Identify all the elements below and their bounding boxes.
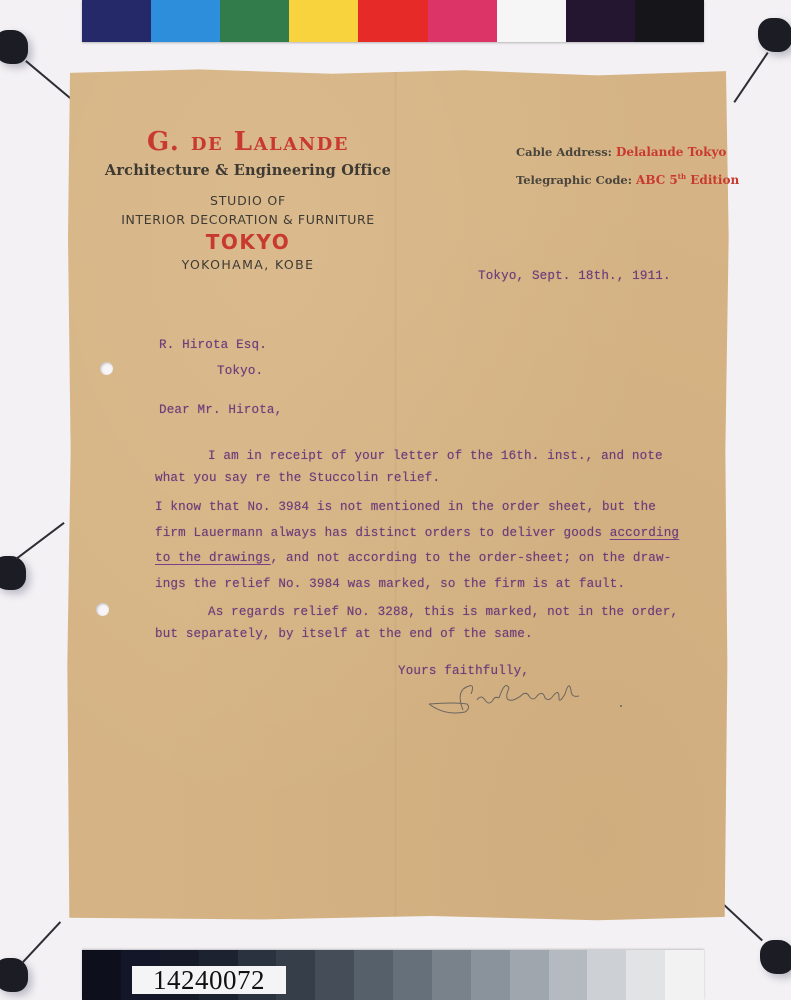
body-line: firm Lauermann always has distinct order… bbox=[155, 526, 679, 540]
signature-icon bbox=[425, 678, 625, 722]
city: TOKYO bbox=[98, 230, 398, 254]
cable-label: Cable Address: bbox=[516, 145, 612, 159]
pin-head-icon bbox=[0, 958, 28, 992]
salutation: Dear Mr. Hirota, bbox=[159, 403, 282, 417]
pin-needle bbox=[21, 921, 60, 963]
gray-swatch bbox=[587, 950, 626, 1000]
gray-swatch bbox=[432, 950, 471, 1000]
pin-needle bbox=[16, 522, 65, 559]
telegraphic-value: ABC 5th Edition bbox=[636, 173, 739, 187]
punch-hole bbox=[100, 362, 113, 375]
body-line: ings the relief No. 3984 was marked, so … bbox=[155, 577, 625, 591]
body-line: to the drawings, and not according to th… bbox=[155, 551, 671, 565]
body-line: but separately, by itself at the end of … bbox=[155, 627, 533, 641]
pin-needle bbox=[719, 900, 762, 941]
body-line: I am in receipt of your letter of the 16… bbox=[208, 449, 663, 463]
gray-swatch bbox=[510, 950, 549, 1000]
pin-head-icon bbox=[0, 30, 28, 64]
cable-address: Cable Address: Delalande Tokyo bbox=[516, 145, 716, 159]
company-name: G. de Lalande bbox=[98, 128, 398, 156]
gray-swatch bbox=[82, 950, 121, 1000]
color-calibration-strip bbox=[82, 0, 704, 42]
telegraphic-prefix: ABC 5 bbox=[636, 173, 678, 187]
interior-line: INTERIOR DECORATION & FURNITURE bbox=[98, 212, 398, 227]
gray-swatch bbox=[665, 950, 704, 1000]
gray-swatch bbox=[549, 950, 588, 1000]
color-swatch bbox=[428, 0, 497, 42]
gray-swatch bbox=[315, 950, 354, 1000]
letterhead: G. de Lalande Architecture & Engineering… bbox=[98, 128, 398, 272]
company-subtitle: Architecture & Engineering Office bbox=[98, 162, 398, 179]
telegraphic-sup: th bbox=[678, 172, 686, 181]
pin-needle bbox=[26, 60, 74, 101]
pin-head-icon bbox=[760, 940, 791, 974]
telegraphic-code: Telegraphic Code: ABC 5th Edition bbox=[516, 172, 716, 187]
color-swatch bbox=[635, 0, 704, 42]
color-swatch bbox=[566, 0, 635, 42]
recipient-city: Tokyo. bbox=[217, 364, 263, 378]
color-swatch bbox=[82, 0, 151, 42]
telegraphic-label: Telegraphic Code: bbox=[516, 173, 632, 187]
gray-swatch bbox=[471, 950, 510, 1000]
gray-swatch bbox=[354, 950, 393, 1000]
color-swatch bbox=[151, 0, 220, 42]
color-swatch bbox=[289, 0, 358, 42]
body-line: As regards relief No. 3288, this is mark… bbox=[208, 605, 678, 619]
body-text: , and not according to the order-sheet; … bbox=[271, 551, 672, 565]
color-swatch bbox=[358, 0, 427, 42]
letter-date: Tokyo, Sept. 18th., 1911. bbox=[478, 269, 671, 283]
telegraphic-suffix: Edition bbox=[686, 173, 739, 187]
pin-head-icon bbox=[0, 556, 26, 590]
gray-swatch bbox=[393, 950, 432, 1000]
body-line: what you say re the Stuccolin relief. bbox=[155, 471, 440, 485]
cable-value: Delalande Tokyo bbox=[616, 145, 726, 159]
letterhead-contact: Cable Address: Delalande Tokyo Telegraph… bbox=[516, 145, 716, 200]
branches: YOKOHAMA, KOBE bbox=[98, 257, 398, 272]
body-line: I know that No. 3984 is not mentioned in… bbox=[155, 500, 656, 514]
color-swatch bbox=[497, 0, 566, 42]
body-text: firm Lauermann always has distinct order… bbox=[155, 526, 610, 540]
closing: Yours faithfully, bbox=[398, 664, 529, 678]
pin-needle bbox=[734, 52, 769, 103]
recipient-name: R. Hirota Esq. bbox=[159, 338, 267, 352]
underlined-text: to the drawings bbox=[155, 551, 271, 565]
color-swatch bbox=[220, 0, 289, 42]
punch-hole bbox=[96, 603, 109, 616]
underlined-text: according bbox=[610, 526, 679, 540]
pin-head-icon bbox=[758, 18, 791, 52]
studio-line: STUDIO OF bbox=[98, 193, 398, 208]
gray-swatch bbox=[626, 950, 665, 1000]
accession-number: 14240072 bbox=[132, 966, 286, 994]
